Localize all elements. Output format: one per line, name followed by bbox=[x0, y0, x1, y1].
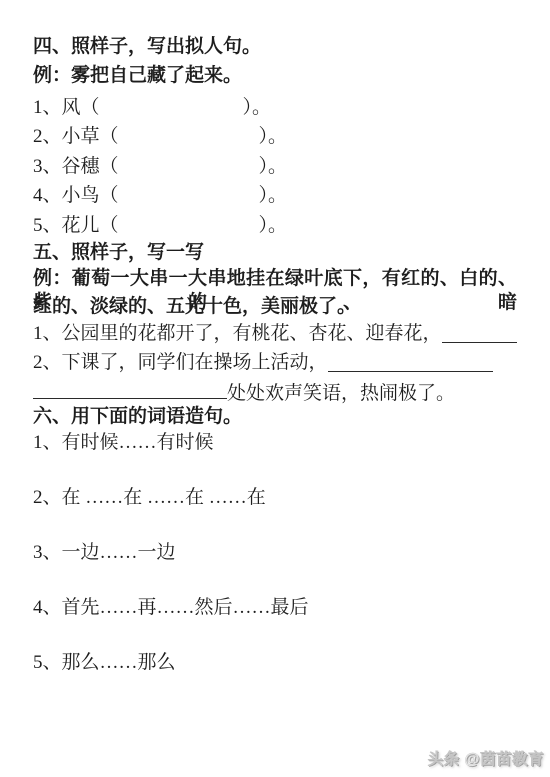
item-prefix: 2、小草（ bbox=[33, 126, 119, 147]
answer-blank bbox=[119, 123, 259, 142]
personification-item: 3、谷穗（）。 bbox=[33, 153, 517, 179]
personification-item: 4、小鸟（）。 bbox=[33, 182, 517, 208]
answer-blank bbox=[119, 212, 259, 231]
word-phrase-item: 5、那么……那么 bbox=[33, 651, 517, 675]
item-prefix: 1、风（ bbox=[33, 97, 100, 118]
item-prefix: 3、谷穗（ bbox=[33, 156, 119, 177]
item-text: 2、下课了，同学们在操场上活动， bbox=[33, 351, 328, 375]
section-five-example-line2: 红的、淡绿的、五光十色，美丽极了。 bbox=[33, 295, 517, 319]
answer-blank bbox=[100, 94, 243, 113]
write-blank-line bbox=[33, 379, 227, 399]
item-suffix: ）。 bbox=[243, 97, 272, 118]
worksheet-page: 四、照样子，写出拟人句。 例：雾把自己藏了起来。 1、风（）。 2、小草（）。 … bbox=[0, 0, 550, 777]
item-text: 处处欢声笑语，热闹极了。 bbox=[227, 383, 455, 404]
section-four-example: 例：雾把自己藏了起来。 bbox=[33, 64, 517, 88]
watermark-text: 头条 @茵苗教育 bbox=[428, 748, 544, 772]
word-phrase-item: 2、在 ……在 ……在 ……在 bbox=[33, 486, 517, 510]
item-prefix: 5、花儿（ bbox=[33, 215, 119, 236]
item-suffix: ）。 bbox=[259, 156, 288, 177]
item-text: 1、公园里的花都开了，有桃花、杏花、迎春花， bbox=[33, 322, 442, 346]
write-blank-line bbox=[442, 342, 517, 343]
word-phrase-item: 3、一边……一边 bbox=[33, 541, 517, 565]
sentence-item: 2、下课了，同学们在操场上活动， bbox=[33, 351, 517, 375]
item-suffix: ）。 bbox=[259, 126, 288, 147]
section-four-heading: 四、照样子，写出拟人句。 bbox=[33, 35, 517, 59]
write-blank-line bbox=[328, 371, 493, 372]
answer-blank bbox=[119, 182, 259, 201]
item-suffix: ）。 bbox=[259, 185, 288, 206]
section-five-heading: 五、照样子，写一写 bbox=[33, 241, 517, 265]
personification-item: 1、风（）。 bbox=[33, 94, 517, 120]
section-six-heading: 六、用下面的词语造句。 bbox=[33, 405, 517, 429]
word-phrase-item: 1、有时候……有时候 bbox=[33, 431, 517, 455]
sentence-item: 1、公园里的花都开了，有桃花、杏花、迎春花， bbox=[33, 322, 517, 346]
word-phrase-item: 4、首先……再……然后……最后 bbox=[33, 596, 517, 620]
item-prefix: 4、小鸟（ bbox=[33, 185, 119, 206]
personification-item: 5、花儿（）。 bbox=[33, 212, 517, 238]
answer-blank bbox=[119, 153, 259, 172]
personification-item: 2、小草（）。 bbox=[33, 123, 517, 149]
item-suffix: ）。 bbox=[259, 215, 288, 236]
sentence-item-continuation: 处处欢声笑语，热闹极了。 bbox=[33, 379, 517, 406]
